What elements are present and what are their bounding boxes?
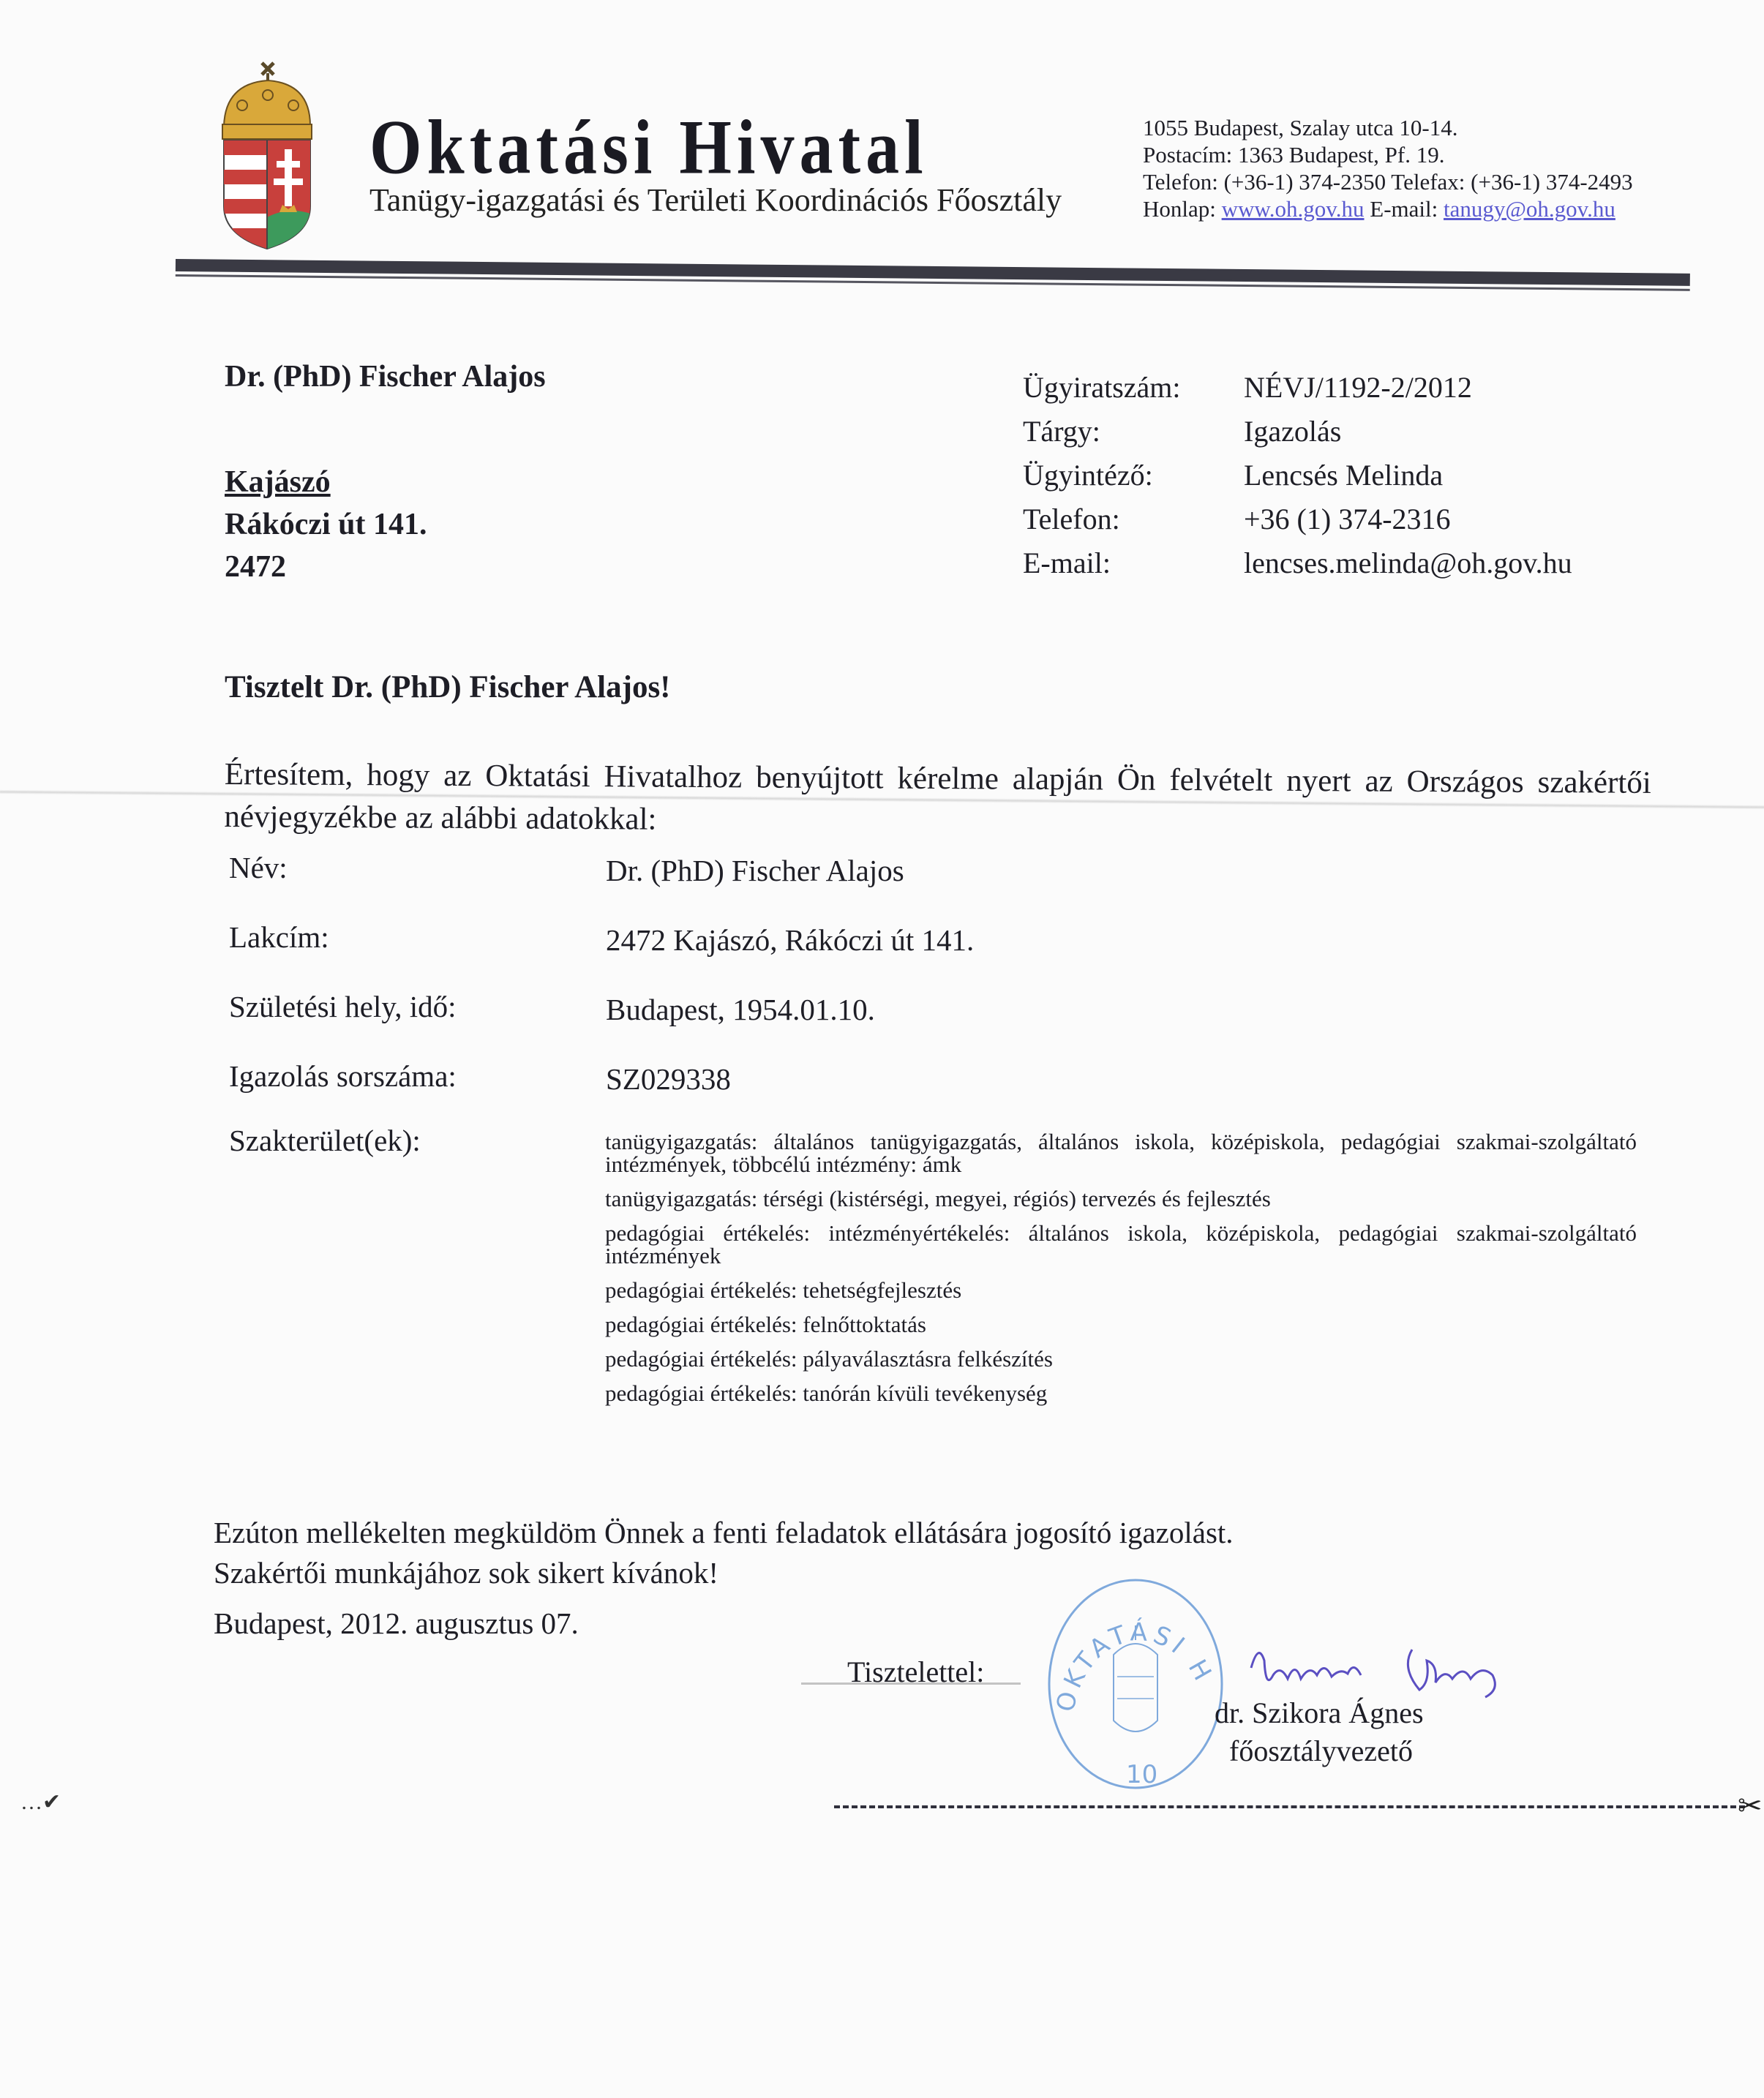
signer-block: dr. Szikora Ágnes főosztályvezető [1215, 1694, 1424, 1770]
org-name: Oktatási Hivatal [369, 102, 928, 192]
regards: Tisztelettel: [847, 1655, 984, 1689]
list-item: tanügyigazgatás: általános tanügyigazgat… [605, 1130, 1637, 1176]
web-email-line: Honlap: www.oh.gov.hu E-mail: tanugy@oh.… [1143, 195, 1633, 222]
recipient-name: Dr. (PhD) Fischer Alajos [225, 356, 546, 398]
coat-of-arms-icon [217, 60, 318, 250]
department-name: Tanügy-igazgatási és Területi Koordináci… [369, 181, 1062, 219]
recipient-city: Kajászó [225, 461, 546, 503]
meta-row-case-number: Ügyiratszám: NÉVJ/1192-2/2012 [1023, 366, 1572, 410]
salutation: Tisztelt Dr. (PhD) Fischer Alajos! [225, 669, 671, 705]
email-link[interactable]: tanugy@oh.gov.hu [1444, 196, 1615, 222]
closing-line-1: Ezúton mellékelten megküldöm Önnek a fen… [214, 1513, 1234, 1553]
intro-paragraph: Értesítem, hogy az Oktatási Hivatalhoz b… [224, 753, 1651, 847]
contact-block: 1055 Budapest, Szalay utca 10-14. Postac… [1143, 114, 1633, 222]
signer-name: dr. Szikora Ágnes [1215, 1694, 1424, 1732]
meta-row-phone: Telefon: +36 (1) 374-2316 [1023, 497, 1572, 541]
email-label: E-mail: [1370, 196, 1438, 222]
scissors-icon: ✂ [1738, 1789, 1763, 1823]
recipient-postcode: 2472 [225, 546, 546, 588]
list-item: pedagógiai értékelés: tanórán kívüli tev… [605, 1382, 1637, 1405]
header-divider [176, 259, 1690, 293]
meta-row-administrator: Ügyintéző: Lencsés Melinda [1023, 454, 1572, 497]
phone-line: Telefon: (+36-1) 374-2350 Telefax: (+36-… [1143, 168, 1633, 195]
official-stamp-icon: OKTATÁSI HIVA 10 [1044, 1574, 1227, 1794]
fields-label: Szakterület(ek): [229, 1123, 421, 1158]
list-item: pedagógiai értékelés: pályaválasztásra f… [605, 1347, 1637, 1370]
recipient-address: Dr. (PhD) Fischer Alajos Kajászó Rákóczi… [225, 356, 546, 588]
expertise-fields-list: tanügyigazgatás: általános tanügyigazgat… [605, 1130, 1637, 1416]
place-and-date: Budapest, 2012. augusztus 07. [214, 1606, 579, 1641]
list-item: pedagógiai értékelés: intézményértékelés… [605, 1222, 1637, 1267]
case-metadata: Ügyiratszám: NÉVJ/1192-2/2012 Tárgy: Iga… [1023, 366, 1572, 585]
address-line: 1055 Budapest, Szalay utca 10-14. [1143, 114, 1633, 141]
signer-title: főosztályvezető [1215, 1732, 1424, 1770]
list-item: tanügyigazgatás: térségi (kistérségi, me… [605, 1187, 1637, 1210]
list-item: pedagógiai értékelés: felnőttoktatás [605, 1313, 1637, 1336]
recipient-street: Rákóczi út 141. [225, 503, 546, 546]
list-item: pedagógiai értékelés: tehetségfejlesztés [605, 1279, 1637, 1301]
postal-line: Postacím: 1363 Budapest, Pf. 19. [1143, 141, 1633, 168]
margin-mark-icon: …✔ [20, 1789, 61, 1815]
svg-text:10: 10 [1126, 1760, 1157, 1789]
tear-off-dashed-line [834, 1805, 1745, 1808]
meta-row-subject: Tárgy: Igazolás [1023, 410, 1572, 454]
meta-row-email: E-mail: lencses.melinda@oh.gov.hu [1023, 541, 1572, 585]
web-label: Honlap: [1143, 196, 1216, 222]
website-link[interactable]: www.oh.gov.hu [1222, 196, 1365, 222]
